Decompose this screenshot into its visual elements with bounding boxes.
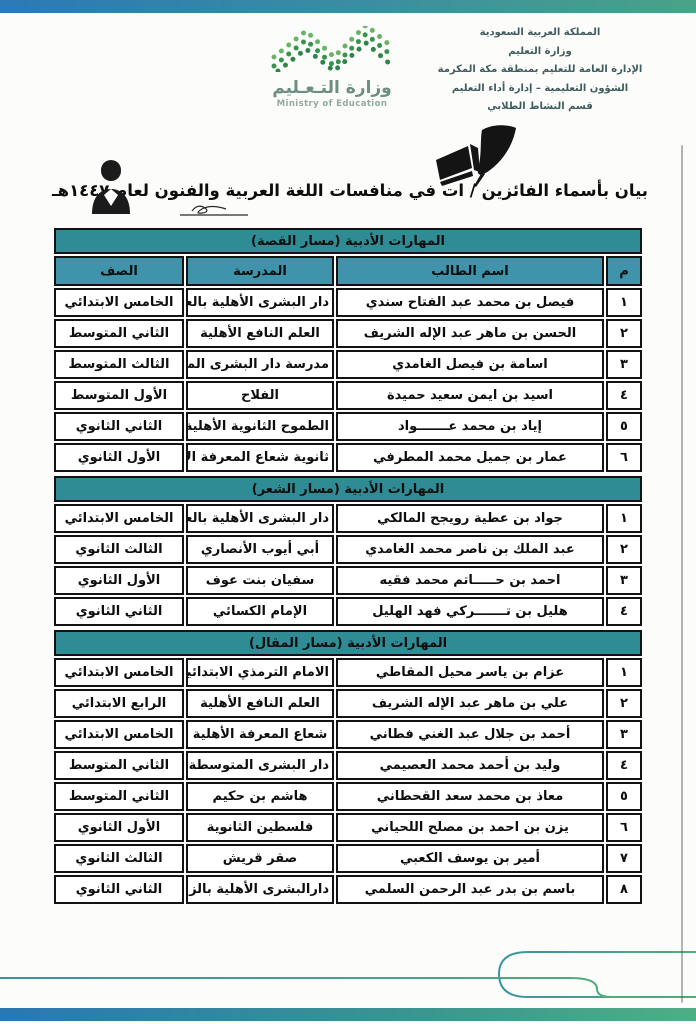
student-name: باسم بن بدر عبد الرحمن السلمي: [336, 875, 604, 904]
row-number: ١: [606, 504, 642, 533]
grade: الثالث الثانوي: [54, 844, 184, 873]
document-page: المملكة العربية السعودية وزارة التعليم ا…: [0, 0, 696, 1024]
table-row: ٢الحسن بن ماهر عبد الإله الشريفالعلم الن…: [54, 319, 642, 348]
school-name: شعاع المعرفة الأهلية: [186, 720, 334, 749]
table-row: ١فيصل بن محمد عبد الفتاح سنديدار البشرى …: [54, 288, 642, 317]
row-number: ٤: [606, 597, 642, 626]
section-table: المهارات الأدبية (مسار الشعر)١جواد بن عط…: [52, 474, 644, 628]
grade: الأول المتوسط: [54, 381, 184, 410]
row-number: ٨: [606, 875, 642, 904]
student-name: اسامة بن فيصل الغامدي: [336, 350, 604, 379]
school-name: الفلاح: [186, 381, 334, 410]
table-row: ٦عمار بن جميل محمد المطرفيثانوية شعاع ال…: [54, 443, 642, 472]
section-table: المهارات الأدبية (مسار القصة)ماسم الطالب…: [52, 226, 644, 474]
student-name: فيصل بن محمد عبد الفتاح سندي: [336, 288, 604, 317]
grade: الأول الثانوي: [54, 566, 184, 595]
book-quill-icon: [430, 124, 518, 188]
section-table: المهارات الأدبية (مسار المقال)١عزام بن ي…: [52, 628, 644, 906]
bottom-decoration: [0, 940, 696, 1010]
tables: المهارات الأدبية (مسار القصة)ماسم الطالب…: [52, 226, 644, 906]
student-name: الحسن بن ماهر عبد الإله الشريف: [336, 319, 604, 348]
row-number: ٥: [606, 412, 642, 441]
section-title: المهارات الأدبية (مسار الشعر): [54, 476, 642, 502]
row-number: ٢: [606, 535, 642, 564]
grade: الثاني المتوسط: [54, 782, 184, 811]
signature-squiggle: [178, 202, 252, 220]
school-name: صقر قريش: [186, 844, 334, 873]
col-header-grade: الصف: [54, 256, 184, 286]
org-line: المملكة العربية السعودية: [420, 24, 660, 43]
table-row: ٥معاذ بن محمد سعد القحطانيهاشم بن حكيمال…: [54, 782, 642, 811]
row-number: ١: [606, 288, 642, 317]
row-number: ٦: [606, 443, 642, 472]
section-title: المهارات الأدبية (مسار القصة): [54, 228, 642, 254]
student-name: عبد الملك بن ناصر محمد الغامدي: [336, 535, 604, 564]
org-line: وزارة التعليم: [420, 43, 660, 62]
school-name: أبي أيوب الأنصاري: [186, 535, 334, 564]
grade: الثالث المتوسط: [54, 350, 184, 379]
page-edge-shadow: [681, 145, 683, 1003]
student-name: وليد بن أحمد محمد العصيمي: [336, 751, 604, 780]
person-icon: [88, 158, 134, 214]
org-line: الشؤون التعليمية – إدارة أداء التعليم: [420, 80, 660, 99]
student-name: اسيد بن ايمن سعيد حميدة: [336, 381, 604, 410]
table-row: ١جواد بن عطية رويجح المالكيدار البشرى ال…: [54, 504, 642, 533]
table-row: ٧أمير بن يوسف الكعبيصقر قريشالثالث الثان…: [54, 844, 642, 873]
grade: الثالث الثانوي: [54, 535, 184, 564]
school-name: فلسطين الثانوية: [186, 813, 334, 842]
grade: الرابع الابتدائي: [54, 689, 184, 718]
school-name: الطموح الثانوية الأهلية: [186, 412, 334, 441]
grade: الثاني المتوسط: [54, 751, 184, 780]
student-name: هليل بن تـــــــركي فهد الهليل: [336, 597, 604, 626]
table-row: ٤هليل بن تـــــــركي فهد الهليلالإمام ال…: [54, 597, 642, 626]
table-row: ٤وليد بن أحمد محمد العصيميدار البشرى الم…: [54, 751, 642, 780]
school-name: سفيان بنت عوف: [186, 566, 334, 595]
row-number: ٢: [606, 319, 642, 348]
org-header: المملكة العربية السعودية وزارة التعليم ا…: [420, 24, 660, 117]
student-name: علي بن ماهر عبد الإله الشريف: [336, 689, 604, 718]
row-number: ١: [606, 658, 642, 687]
top-gradient-bar: [0, 0, 696, 13]
table-row: ٢عبد الملك بن ناصر محمد الغامديأبي أيوب …: [54, 535, 642, 564]
logo-english-wordmark: Ministry of Education: [256, 99, 408, 109]
logo-arabic-wordmark: وزارة التـعـليم: [256, 78, 408, 98]
student-name: احمد بن حـــــاتم محمد فقيه: [336, 566, 604, 595]
school-name: الإمام الكسائي: [186, 597, 334, 626]
school-name: دار البشرى الأهلية بالعوالي: [186, 288, 334, 317]
col-header-school: المدرسة: [186, 256, 334, 286]
student-name: جواد بن عطية رويجح المالكي: [336, 504, 604, 533]
col-header-student: اسم الطالب: [336, 256, 604, 286]
row-number: ٢: [606, 689, 642, 718]
table-row: ٦يزن بن احمد بن مصلح اللحيانيفلسطين الثا…: [54, 813, 642, 842]
school-name: دار البشرى الأهلية بالعوالي: [186, 504, 334, 533]
org-line: قسم النشاط الطلابي: [420, 98, 660, 117]
table-row: ٤اسيد بن ايمن سعيد حميدةالفلاحالأول المت…: [54, 381, 642, 410]
student-name: إياد بن محمد عـــــــواد: [336, 412, 604, 441]
table-row: ٨باسم بن بدر عبد الرحمن السلميدارالبشرى …: [54, 875, 642, 904]
grade: الخامس الابتدائي: [54, 658, 184, 687]
row-number: ٥: [606, 782, 642, 811]
school-name: ثانوية شعاع المعرفة الأهلية: [186, 443, 334, 472]
table-row: ٣احمد بن حـــــاتم محمد فقيهسفيان بنت عو…: [54, 566, 642, 595]
row-number: ٣: [606, 720, 642, 749]
student-name: يزن بن احمد بن مصلح اللحياني: [336, 813, 604, 842]
grade: الثاني الثانوي: [54, 875, 184, 904]
grade: الخامس الابتدائي: [54, 720, 184, 749]
student-name: عمار بن جميل محمد المطرفي: [336, 443, 604, 472]
grade: الخامس الابتدائي: [54, 504, 184, 533]
student-name: معاذ بن محمد سعد القحطاني: [336, 782, 604, 811]
row-number: ٤: [606, 381, 642, 410]
table-row: ٥إياد بن محمد عـــــــوادالطموح الثانوية…: [54, 412, 642, 441]
student-name: عزام بن ياسر محيل المقاطي: [336, 658, 604, 687]
school-name: مدرسة دار البشرى المتوسطة: [186, 350, 334, 379]
row-number: ٧: [606, 844, 642, 873]
moe-dots-icon: [266, 26, 398, 72]
grade: الثاني الثانوي: [54, 412, 184, 441]
school-name: العلم النافع الأهلية: [186, 689, 334, 718]
grade: الخامس الابتدائي: [54, 288, 184, 317]
row-number: ٦: [606, 813, 642, 842]
row-number: ٣: [606, 350, 642, 379]
moe-logo: وزارة التـعـليم Ministry of Education: [256, 26, 408, 109]
table-row: ٢علي بن ماهر عبد الإله الشريفالعلم الناف…: [54, 689, 642, 718]
row-number: ٣: [606, 566, 642, 595]
school-name: الامام الترمذي الابتدائية: [186, 658, 334, 687]
school-name: هاشم بن حكيم: [186, 782, 334, 811]
grade: الثاني الثانوي: [54, 597, 184, 626]
table-row: ٣أحمد بن جلال عبد الغني فطانيشعاع المعرف…: [54, 720, 642, 749]
grade: الأول الثانوي: [54, 813, 184, 842]
grade: الثاني المتوسط: [54, 319, 184, 348]
table-row: ٣اسامة بن فيصل الغامديمدرسة دار البشرى ا…: [54, 350, 642, 379]
school-name: دار البشرى المتوسطة: [186, 751, 334, 780]
column-header-row: ماسم الطالبالمدرسةالصف: [54, 256, 642, 286]
row-number: ٤: [606, 751, 642, 780]
section-title: المهارات الأدبية (مسار المقال): [54, 630, 642, 656]
bottom-gradient-bar: [0, 1008, 696, 1021]
org-line: الإدارة العامة للتعليم بمنطقة مكة المكرم…: [420, 61, 660, 80]
student-name: أحمد بن جلال عبد الغني فطاني: [336, 720, 604, 749]
table-row: ١عزام بن ياسر محيل المقاطيالامام الترمذي…: [54, 658, 642, 687]
student-name: أمير بن يوسف الكعبي: [336, 844, 604, 873]
grade: الأول الثانوي: [54, 443, 184, 472]
col-header-no: م: [606, 256, 642, 286]
school-name: العلم النافع الأهلية: [186, 319, 334, 348]
school-name: دارالبشرى الأهلية بالزاهر: [186, 875, 334, 904]
